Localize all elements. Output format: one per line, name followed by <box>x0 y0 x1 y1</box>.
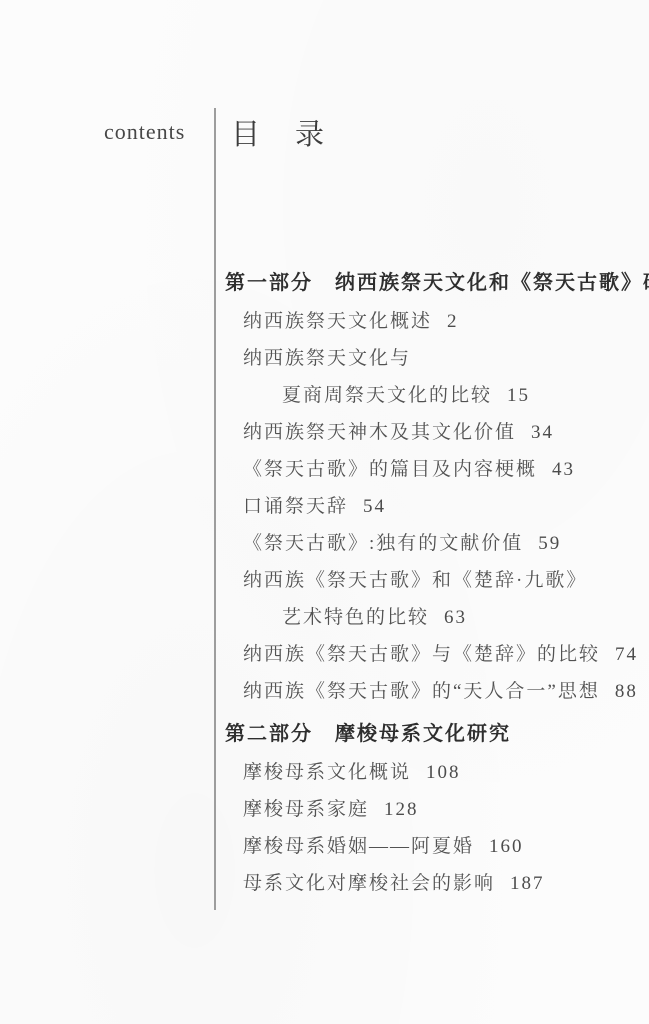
toc-entry-page: 74 <box>615 644 638 665</box>
toc-entry: 摩梭母系文化概说108 <box>225 762 635 783</box>
toc-entry-page: 2 <box>447 311 459 332</box>
toc-entry-title: 口诵祭天辞 <box>243 496 348 517</box>
toc-entry: 纳西族祭天神木及其文化价值34 <box>225 422 635 443</box>
toc-entry-page: 15 <box>507 385 530 406</box>
toc-entry: 艺术特色的比较63 <box>225 607 635 628</box>
toc-entry: 夏商周祭天文化的比较15 <box>225 385 635 406</box>
toc-entry: 纳西族《祭天古歌》与《楚辞》的比较74 <box>225 644 635 665</box>
toc-entry-page: 128 <box>384 799 419 820</box>
toc-entry: 《祭天古歌》的篇目及内容梗概43 <box>225 459 635 480</box>
section-heading: 第二部分 摩梭母系文化研究 <box>225 721 635 747</box>
toc-entry-title: 纳西族祭天文化概述 <box>243 311 432 332</box>
toc-entry: 纳西族祭天文化概述2 <box>225 311 635 332</box>
toc-entry-page: 34 <box>531 422 554 443</box>
toc-page: contents 目 录 第一部分 纳西族祭天文化和《祭天古歌》研究 纳西族祭天… <box>0 0 649 1024</box>
page-title: 目 录 <box>231 112 327 153</box>
toc-entry: 摩梭母系家庭128 <box>225 799 635 820</box>
vertical-divider-rule <box>214 108 216 910</box>
toc-entry-page: 108 <box>426 762 461 783</box>
toc-entry-page: 63 <box>444 607 467 628</box>
toc-entry: 纳西族祭天文化与 <box>225 348 635 369</box>
toc-entry-page: 43 <box>552 459 575 480</box>
toc-entry-page: 54 <box>363 496 386 517</box>
toc-entry: 口诵祭天辞54 <box>225 496 635 517</box>
toc-entry-title: 艺术特色的比较 <box>282 607 429 628</box>
toc-entry-page: 59 <box>538 533 561 554</box>
toc-entry-title: 《祭天古歌》的篇目及内容梗概 <box>243 459 537 480</box>
contents-label-en: contents <box>104 119 185 145</box>
toc-entry: 摩梭母系婚姻——阿夏婚160 <box>225 836 635 857</box>
toc-entry-title: 摩梭母系婚姻——阿夏婚 <box>243 836 474 857</box>
toc-entry: 《祭天古歌》:独有的文献价值59 <box>225 533 635 554</box>
toc-entry-title: 摩梭母系家庭 <box>243 799 369 820</box>
toc-entry-page: 187 <box>510 873 545 894</box>
toc-entry-title: 《祭天古歌》:独有的文献价值 <box>243 533 523 554</box>
toc-entry-title: 摩梭母系文化概说 <box>243 762 411 783</box>
section-heading: 第一部分 纳西族祭天文化和《祭天古歌》研究 <box>225 270 635 296</box>
toc-entry-title: 夏商周祭天文化的比较 <box>282 385 492 406</box>
toc-entry-title: 母系文化对摩梭社会的影响 <box>243 873 495 894</box>
toc-entry: 纳西族《祭天古歌》和《楚辞·九歌》 <box>225 570 635 591</box>
toc-entry-title: 纳西族《祭天古歌》与《楚辞》的比较 <box>243 644 600 665</box>
toc-body: 第一部分 纳西族祭天文化和《祭天古歌》研究 纳西族祭天文化概述2 纳西族祭天文化… <box>225 270 635 910</box>
toc-entry: 母系文化对摩梭社会的影响187 <box>225 873 635 894</box>
toc-entry-page: 88 <box>615 681 638 702</box>
toc-entry-title: 纳西族《祭天古歌》和《楚辞·九歌》 <box>243 570 587 591</box>
toc-entry-title: 纳西族《祭天古歌》的“天人合一”思想 <box>243 681 600 702</box>
toc-entry-title: 纳西族祭天文化与 <box>243 348 411 369</box>
toc-entry: 纳西族《祭天古歌》的“天人合一”思想88 <box>225 681 635 702</box>
toc-entry-title: 纳西族祭天神木及其文化价值 <box>243 422 516 443</box>
toc-section-2: 第二部分 摩梭母系文化研究 摩梭母系文化概说108 摩梭母系家庭128 摩梭母系… <box>225 721 635 894</box>
toc-entry-page: 160 <box>489 836 524 857</box>
toc-section-1: 第一部分 纳西族祭天文化和《祭天古歌》研究 纳西族祭天文化概述2 纳西族祭天文化… <box>225 270 635 702</box>
